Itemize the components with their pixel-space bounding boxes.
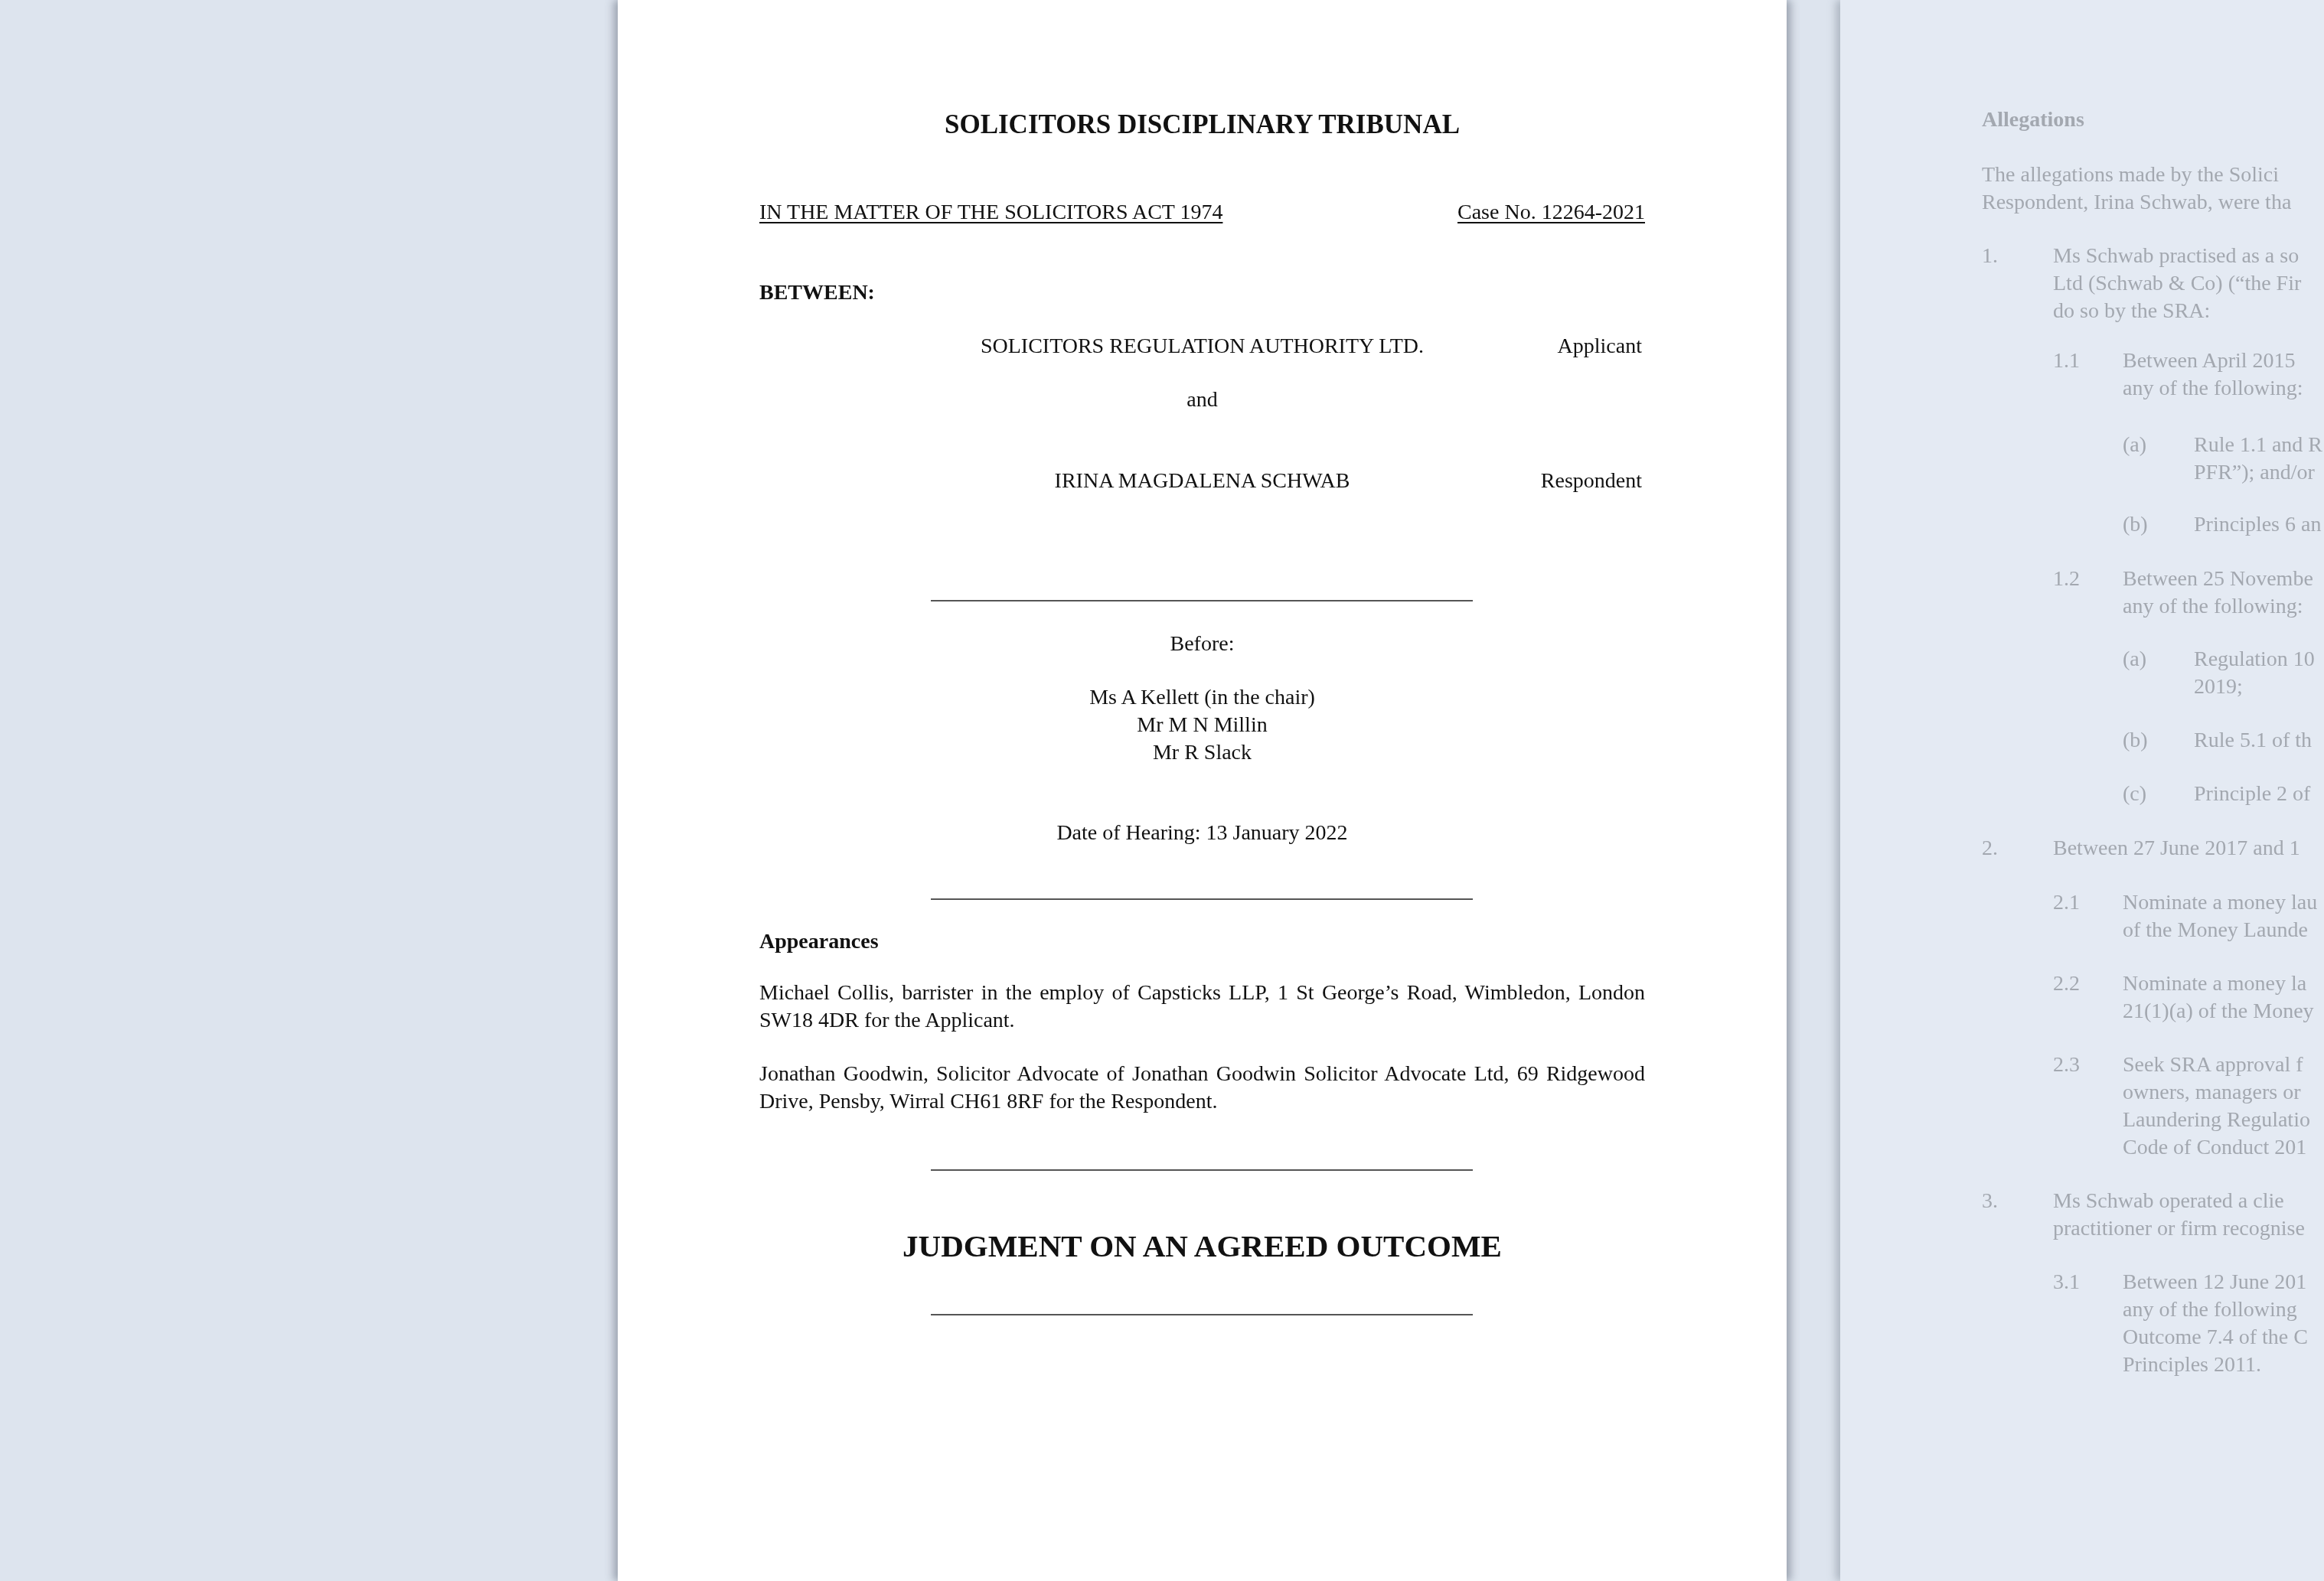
list-item-line: Rule 5.1 of th [2194, 730, 2312, 751]
tribunal-title: SOLICITORS DISCIPLINARY TRIBUNAL [618, 111, 1787, 138]
section-heading: Allegations [1982, 109, 2084, 131]
document-page-1: SOLICITORS DISCIPLINARY TRIBUNAL IN THE … [618, 0, 1787, 1581]
document-viewer[interactable]: SOLICITORS DISCIPLINARY TRIBUNAL IN THE … [0, 0, 2324, 1581]
list-item-line: Nominate a money lau [2123, 892, 2317, 914]
list-item-line: any of the following: [2123, 596, 2303, 618]
list-number: 2. [1982, 838, 1998, 859]
list-item-line: Seek SRA approval f [2123, 1055, 2303, 1076]
list-number: 1.1 [2053, 350, 2080, 372]
and-label: and [618, 390, 1787, 411]
panel-member: Ms A Kellett (in the chair) [618, 687, 1787, 709]
list-item-line: Principle 2 of [2194, 784, 2310, 805]
list-item-line: of the Money Launde [2123, 920, 2308, 941]
list-item-line: Code of Conduct 201 [2123, 1137, 2306, 1159]
case-number: Case No. 12264-2021 [1457, 202, 1645, 223]
list-item-line: Principles 2011. [2123, 1354, 2261, 1376]
hearing-date: Date of Hearing: 13 January 2022 [618, 823, 1787, 844]
list-item-line: 21(1)(a) of the Money [2123, 1001, 2314, 1022]
intro-line: Respondent, Irina Schwab, were tha [1982, 192, 2291, 214]
list-number: (c) [2123, 784, 2146, 805]
list-item-line: owners, managers or [2123, 1082, 2300, 1103]
list-item-line: Regulation 10 [2194, 649, 2315, 670]
list-item-line: practitioner or firm recognise [2053, 1218, 2305, 1240]
list-item-line: Ms Schwab practised as a so [2053, 246, 2299, 267]
matter-heading: IN THE MATTER OF THE SOLICITORS ACT 1974 [759, 202, 1222, 223]
list-number: 2.3 [2053, 1055, 2080, 1076]
list-number: 2.2 [2053, 973, 2080, 995]
appearances-heading: Appearances [759, 931, 879, 953]
list-number: 1.2 [2053, 569, 2080, 590]
list-item-line: any of the following: [2123, 378, 2303, 399]
list-item-line: Between 25 Novembe [2123, 569, 2313, 590]
list-item-line: Rule 1.1 and R [2194, 435, 2322, 456]
document-page-2-preview: AllegationsThe allegations made by the S… [1840, 0, 2324, 1581]
divider [931, 1314, 1473, 1315]
between-label: BETWEEN: [759, 282, 875, 304]
list-item-line: Principles 6 an [2194, 514, 2321, 536]
divider [931, 898, 1473, 900]
list-number: 3. [1982, 1191, 1998, 1212]
list-item-line: Between April 2015 [2123, 350, 2296, 372]
list-number: (b) [2123, 514, 2148, 536]
list-number: (a) [2123, 649, 2146, 670]
list-item-line: do so by the SRA: [2053, 301, 2210, 322]
list-item-line: 2019; [2194, 676, 2243, 698]
appearance-respondent: Jonathan Goodwin, Solicitor Advocate of … [759, 1061, 1645, 1116]
list-number: 3.1 [2053, 1272, 2080, 1293]
list-item-line: any of the following [2123, 1299, 2297, 1321]
panel-member: Mr M N Millin [618, 715, 1787, 736]
respondent-role: Respondent [1541, 471, 1642, 492]
applicant-role: Applicant [1558, 336, 1642, 357]
list-item-line: Between 12 June 201 [2123, 1272, 2306, 1293]
list-item-line: Laundering Regulatio [2123, 1110, 2310, 1131]
list-item-line: Nominate a money la [2123, 973, 2306, 995]
judgment-title: JUDGMENT ON AN AGREED OUTCOME [618, 1231, 1787, 1262]
list-item-line: Ltd (Schwab & Co) (“the Fir [2053, 273, 2301, 295]
intro-line: The allegations made by the Solici [1982, 165, 2279, 186]
before-label: Before: [618, 634, 1787, 655]
list-number: (a) [2123, 435, 2146, 456]
list-number: (b) [2123, 730, 2148, 751]
appearance-applicant: Michael Collis, barrister in the employ … [759, 980, 1645, 1035]
list-item-line: PFR”); and/or [2194, 462, 2315, 484]
list-item-line: Outcome 7.4 of the C [2123, 1327, 2308, 1348]
list-number: 2.1 [2053, 892, 2080, 914]
divider [931, 600, 1473, 601]
list-number: 1. [1982, 246, 1998, 267]
panel-member: Mr R Slack [618, 742, 1787, 764]
list-item-line: Between 27 June 2017 and 1 [2053, 838, 2300, 859]
divider [931, 1169, 1473, 1171]
list-item-line: Ms Schwab operated a clie [2053, 1191, 2284, 1212]
